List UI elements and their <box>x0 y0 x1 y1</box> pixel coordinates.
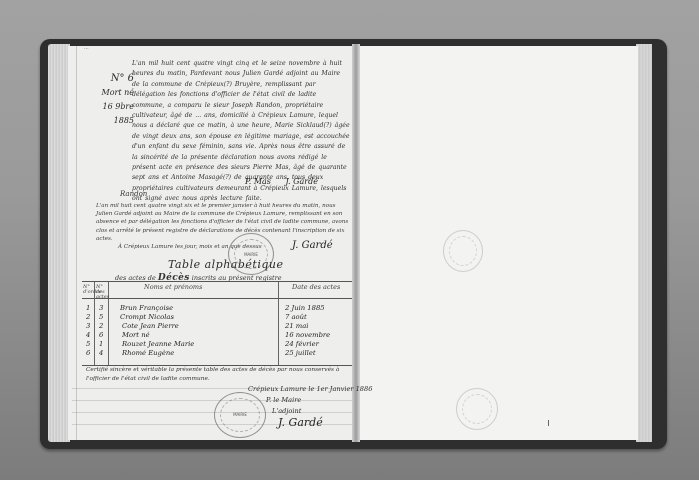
ruled-line <box>72 400 352 401</box>
folio-mark <box>548 420 549 426</box>
certification-text: Certifié sincère et véritable la présent… <box>86 366 352 384</box>
entry-number: N° 6 <box>82 72 134 86</box>
register-table: N° d'ordre N° des actes Noms et prénoms … <box>82 281 352 366</box>
signature: J. Gardé <box>285 177 318 186</box>
table-row: 1 3 Brun Françoise 2 Juin 1885 <box>82 304 352 313</box>
signature: P. Mas <box>245 177 271 186</box>
showthrough-stamp-icon <box>456 388 498 430</box>
table-row: 6 4 Rhomé Eugène 25 juillet <box>82 349 352 358</box>
page-header-mark: ... <box>84 45 89 51</box>
table-row: 2 5 Crompt Nicolas 7 août <box>82 313 352 322</box>
certification-title-maire: P. le Maire <box>266 396 301 404</box>
mairie-stamp-icon: MAIRIE <box>214 392 266 438</box>
entry-margin: N° 6 Mort né 16 9bre 1885 <box>82 72 134 128</box>
entry-margin-date: 16 9bre 1885 <box>82 100 134 128</box>
table-row: 5 1 Rouzet Jeanne Marie 24 février <box>82 340 352 349</box>
ruled-line <box>72 412 352 413</box>
entry-signatures: P. Mas J. Gardé <box>245 177 330 186</box>
header-act-no: N° des actes <box>96 285 108 300</box>
certification-place-date: Crépieux Lamure le 1er Janvier 1886 <box>248 385 372 393</box>
certification-signature: J. Gardé <box>278 416 323 429</box>
margin-rule <box>76 46 77 440</box>
table-title: Table alphabétique <box>168 258 284 271</box>
table-row: 3 2 Cote Jean Pierre 21 mai <box>82 322 352 331</box>
header-date: Date des actes <box>292 285 340 290</box>
closing-note-signature: J. Gardé <box>292 240 333 251</box>
declarant-name: Randon <box>120 190 147 198</box>
closing-note-body: L'an mil huit cent quatre vingt six et l… <box>96 203 348 242</box>
book-gutter <box>352 44 360 442</box>
showthrough-stamp-icon <box>443 230 483 272</box>
certification-title-adjoint: L'adjoint <box>272 407 301 415</box>
table-row: 4 6 Mort né 16 novembre <box>82 331 352 340</box>
right-page-stack <box>636 44 652 442</box>
header-name: Noms et prénoms <box>144 285 202 290</box>
left-page-stack <box>48 44 70 442</box>
right-page <box>358 46 638 440</box>
entry-margin-title: Mort né <box>82 86 134 100</box>
header-order-no: N° d'ordre <box>83 285 94 295</box>
